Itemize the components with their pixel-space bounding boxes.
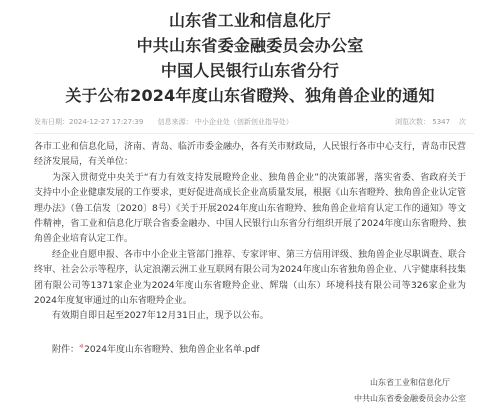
signature-line-1: 山东省工业和信息化厅 — [354, 375, 466, 391]
paragraph-1: 为深入贯彻党中央关于“有力有效支持发展瞪羚企业、独角兽企业”的决策部署，落实省委… — [34, 171, 466, 248]
views-unit: 次 — [459, 117, 466, 127]
paragraph-2: 经企业自愿申报、各市中小企业主管部门推荐、专家评审、第三方信用评级、独角兽企业尽… — [34, 248, 466, 310]
views-label: 浏览次数： — [395, 117, 430, 127]
signature-block: 山东省工业和信息化厅 中共山东省委金融委员会办公室 — [354, 375, 466, 407]
issuer-title-3: 中国人民银行山东省分行 — [0, 58, 500, 83]
article-meta: 发布日期：2024-12-27 17:27:39 信息来源： 中小企业处（创新创… — [34, 117, 474, 134]
source-label: 信息来源： — [158, 117, 193, 127]
signature-line-2: 中共山东省委金融委员会办公室 — [354, 391, 466, 407]
salutation: 各市工业和信息化局，济南、青岛、临沂市委金融办，各有关市财政局，人民银行各市中心… — [34, 140, 466, 171]
document-title-block: 山东省工业和信息化厅 中共山东省委金融委员会办公室 中国人民银行山东省分行 关于… — [0, 8, 500, 108]
pdf-icon: ⨵ — [79, 343, 83, 350]
attachment-row: 附件：⨵2024年度山东省瞪羚、独角兽企业名单.pdf — [34, 339, 466, 358]
attachment-label: 附件： — [52, 345, 79, 355]
source-value: 中小企业处（创新创业指导处） — [195, 117, 293, 127]
publish-date: 2024-12-27 17:27:39 — [69, 118, 143, 126]
notice-title: 关于公布2024年度山东省瞪羚、独角兽企业的通知 — [0, 83, 500, 108]
issuer-title-2: 中共山东省委金融委员会办公室 — [0, 33, 500, 58]
views-count: 5347 — [432, 118, 450, 126]
paragraph-3: 有效期自即日起至2027年12月31日止，现予以公布。 — [34, 309, 466, 324]
issuer-title-1: 山东省工业和信息化厅 — [0, 8, 500, 33]
publish-date-label: 发布日期： — [34, 117, 69, 127]
attachment-link[interactable]: 2024年度山东省瞪羚、独角兽企业名单.pdf — [84, 345, 259, 355]
article-body: 各市工业和信息化局，济南、青岛、临沂市委金融办，各有关市财政局，人民银行各市中心… — [34, 140, 466, 358]
